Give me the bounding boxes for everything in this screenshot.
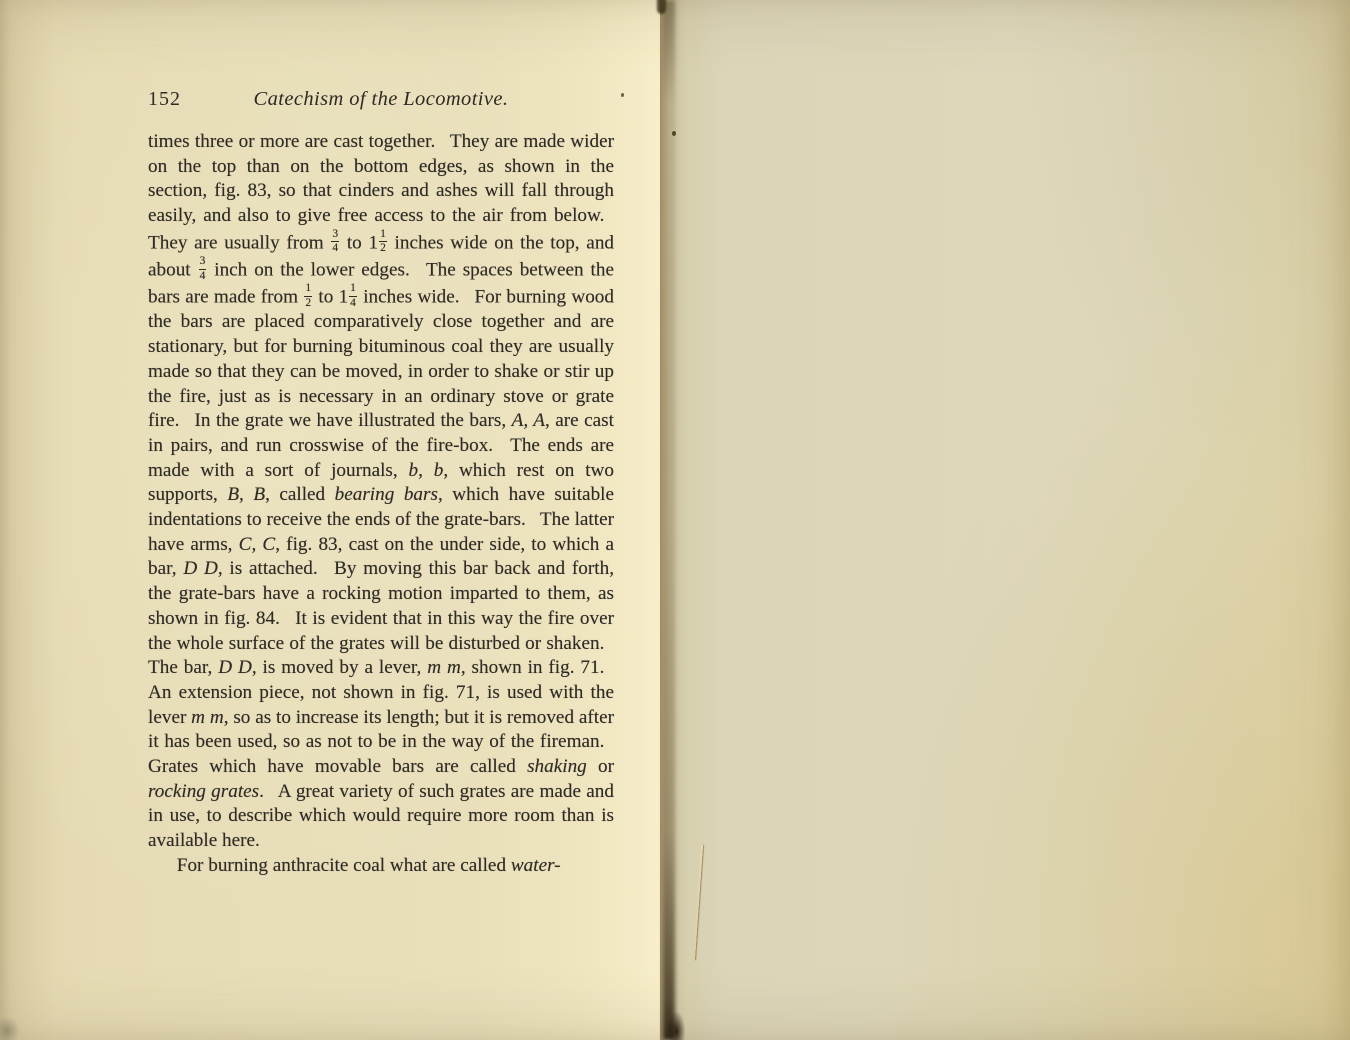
gutter-crease-shadow (663, 0, 675, 1040)
page-right: The Boiler Attachments. 153 grates are u… (660, 0, 1350, 1040)
page-left: 152 Catechism of the Locomotive. times t… (0, 0, 660, 1040)
book-spread: 152 Catechism of the Locomotive. times t… (0, 0, 1350, 1040)
text-segment: water- (511, 855, 561, 876)
text-segment: , called (265, 484, 335, 505)
paragraph: times three or more are cast together. T… (148, 130, 614, 854)
stacked-fraction: 34 (331, 229, 339, 255)
stacked-fraction: 12 (304, 283, 312, 309)
text-segment: rocking grates (148, 781, 259, 802)
stacked-fraction: 12 (379, 229, 387, 255)
text-segment: A, A (512, 410, 545, 431)
paragraph: For burning anthracite coal what are cal… (148, 854, 614, 879)
text-segment: to 1 (340, 232, 378, 253)
text-segment: m m (427, 657, 461, 678)
text-segment: B, B (227, 484, 265, 505)
text-segment: to 1 (313, 287, 348, 308)
text-segment: or (587, 756, 614, 777)
text-segment: C, C (239, 534, 276, 555)
page-body-left: times three or more are cast together. T… (148, 130, 614, 879)
page-header-left: 152 Catechism of the Locomotive. (148, 88, 614, 111)
text-segment: bearing bars (335, 484, 438, 505)
gutter-bottom-blotch (668, 1012, 685, 1040)
text-segment: D D (218, 657, 252, 678)
running-title-left: Catechism of the Locomotive. (212, 88, 614, 111)
text-segment: m m (191, 707, 224, 728)
gutter-top-notch (657, 0, 666, 14)
text-segment: , is moved by a lever, (252, 657, 427, 678)
text-segment: shaking (527, 756, 587, 777)
paper-speck (672, 131, 676, 136)
page-number-left: 152 (148, 88, 212, 111)
stacked-fraction: 34 (199, 256, 207, 282)
stacked-fraction: 14 (349, 283, 357, 309)
corner-smudge (0, 1016, 20, 1040)
paper-speck (621, 93, 624, 97)
text-segment: b, b (409, 460, 444, 481)
text-segment: For burning anthracite coal what are cal… (177, 855, 511, 876)
text-segment: D D (183, 558, 218, 579)
